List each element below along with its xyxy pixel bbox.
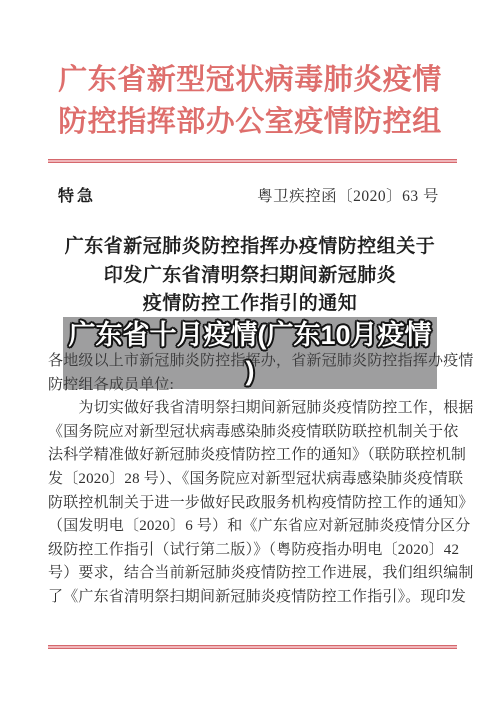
body-line: 号）要求，结合当前新冠肺炎疫情防控工作进展，我们组织编制	[48, 562, 457, 586]
header-red-rule	[48, 159, 457, 163]
document-number: 粤卫疾控函〔2020〕63 号	[257, 184, 455, 206]
body-line: 为切实做好我省清明祭扫期间新冠肺炎疫情防控工作，根据	[48, 397, 457, 421]
org-header: 广东省新型冠状病毒肺炎疫情 防控指挥部办公室疫情防控组	[0, 59, 500, 143]
body-line: 了《广东省清明祭扫期间新冠肺炎疫情防控工作指引》。现印发	[48, 586, 457, 610]
org-header-line1: 广东省新型冠状病毒肺炎疫情	[0, 59, 500, 101]
org-header-line2: 防控指挥部办公室疫情防控组	[0, 101, 500, 143]
caption-line-2: )	[63, 353, 437, 389]
title-line-1: 广东省新冠肺炎防控指挥办疫情防控组关于	[0, 233, 500, 262]
footer-red-rule	[48, 645, 457, 649]
caption-overlay: 广东省十月疫情(广东10月疫情 )	[63, 317, 437, 389]
urgency-label: 特急	[48, 183, 96, 206]
body-line: 发〔2020〕28 号）、《国务院应对新型冠状病毒感染肺炎疫情联	[48, 468, 457, 492]
body-line: （国发明电〔2020〕6 号）和《广东省应对新冠肺炎疫情分区分	[48, 515, 457, 539]
meta-row: 特急 粤卫疾控函〔2020〕63 号	[48, 183, 455, 206]
body-line: 级防控工作指引（试行第二版）》（粤防疫指办明电〔2020〕42	[48, 539, 457, 563]
body-line: 《国务院应对新型冠状病毒感染肺炎疫情联防联控机制关于依	[48, 421, 457, 445]
title-line-2: 印发广东省清明祭扫期间新冠肺炎	[0, 262, 500, 291]
body-line: 法科学精准做好新冠肺炎疫情防控工作的通知》（联防联控机制	[48, 444, 457, 468]
document-title: 广东省新冠肺炎防控指挥办疫情防控组关于 印发广东省清明祭扫期间新冠肺炎 疫情防控…	[0, 233, 500, 319]
document-page: 广东省新型冠状病毒肺炎疫情 防控指挥部办公室疫情防控组 特急 粤卫疾控函〔202…	[0, 0, 500, 707]
caption-line-1: 广东省十月疫情(广东10月疫情	[63, 317, 437, 353]
body-line: 防联控机制关于进一步做好民政服务机构疫情防控工作的通知》	[48, 492, 457, 516]
title-line-3: 疫情防控工作指引的通知	[0, 290, 500, 319]
